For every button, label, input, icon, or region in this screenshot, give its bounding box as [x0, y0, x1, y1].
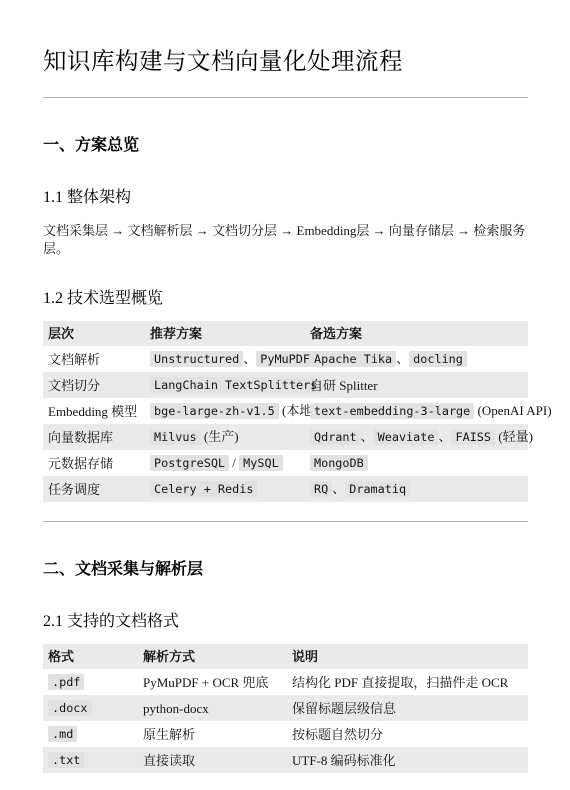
code-span: Dramatiq [345, 481, 410, 497]
table-cell: UTF-8 编码标准化 [287, 747, 528, 773]
table-cell: PostgreSQL / MySQL [145, 450, 305, 476]
column-header: 推荐方案 [145, 321, 305, 346]
table-cell: Milvus (生产) [145, 424, 305, 450]
table-row: 文档解析Unstructured、PyMuPDFApache Tika、docl… [43, 346, 528, 372]
table-cell: MongoDB [305, 450, 528, 476]
code-span: bge-large-zh-v1.5 [150, 403, 279, 419]
table-cell: Celery + Redis [145, 476, 305, 502]
document-title: 知识库构建与文档向量化处理流程 [43, 46, 528, 78]
table-cell: 任务调度 [43, 476, 145, 502]
table-row: 元数据存储PostgreSQL / MySQLMongoDB [43, 450, 528, 476]
table-row: .pdfPyMuPDF + OCR 兜底结构化 PDF 直接提取，扫描件走 OC… [43, 669, 528, 695]
code-span: .docx [48, 700, 92, 716]
code-span: .txt [48, 752, 84, 768]
table-row: 任务调度Celery + RedisRQ、Dramatiq [43, 476, 528, 502]
table-cell: 文档切分 [43, 372, 145, 398]
code-span: MongoDB [310, 455, 368, 471]
table-cell: 保留标题层级信息 [287, 695, 528, 721]
table-row: 文档切分LangChain TextSplitters自研 Splitter [43, 372, 528, 398]
table-cell: text-embedding-3-large (OpenAI API) [305, 398, 528, 424]
table-cell: Unstructured、PyMuPDF [145, 346, 305, 372]
column-header: 备选方案 [305, 321, 528, 346]
table-cell: 直接读取 [138, 747, 287, 773]
section-1-1-heading: 1.1 整体架构 [43, 187, 528, 209]
tech-selection-table: 层次推荐方案备选方案 文档解析Unstructured、PyMuPDFApach… [43, 321, 528, 502]
table-cell: 元数据存储 [43, 450, 145, 476]
code-span: text-embedding-3-large [310, 403, 474, 419]
section-divider [43, 521, 528, 522]
section-2-heading: 二、文档采集与解析层 [43, 559, 528, 581]
code-span: PyMuPDF [256, 351, 314, 367]
code-span: PostgreSQL [150, 455, 229, 471]
table-cell: .docx [43, 695, 138, 721]
table-cell: 结构化 PDF 直接提取，扫描件走 OCR [287, 669, 528, 695]
table-cell: .md [43, 721, 138, 747]
code-span: docling [409, 351, 467, 367]
section-1-2-heading: 1.2 技术选型概览 [43, 288, 528, 310]
code-span: MySQL [239, 455, 283, 471]
column-header: 层次 [43, 321, 145, 346]
table-row: .txt直接读取UTF-8 编码标准化 [43, 747, 528, 773]
code-span: Qdrant [310, 429, 361, 445]
document-formats-table: 格式解析方式说明 .pdfPyMuPDF + OCR 兜底结构化 PDF 直接提… [43, 644, 528, 773]
title-divider [43, 97, 528, 98]
table-cell: Embedding 模型 [43, 398, 145, 424]
code-span: Celery + Redis [150, 481, 257, 497]
table-cell: PyMuPDF + OCR 兜底 [138, 669, 287, 695]
table-cell: .txt [43, 747, 138, 773]
table-row: .docxpython-docx保留标题层级信息 [43, 695, 528, 721]
table-row: .md原生解析按标题自然切分 [43, 721, 528, 747]
column-header: 解析方式 [138, 644, 287, 669]
table-cell: Qdrant、Weaviate、FAISS (轻量) [305, 424, 528, 450]
table-cell: Apache Tika、docling [305, 346, 528, 372]
table-cell: RQ、Dramatiq [305, 476, 528, 502]
code-span: .pdf [48, 674, 84, 690]
table-cell: 文档解析 [43, 346, 145, 372]
table-header-row: 层次推荐方案备选方案 [43, 321, 528, 346]
table-cell: bge-large-zh-v1.5 (本地) [145, 398, 305, 424]
table-row: Embedding 模型bge-large-zh-v1.5 (本地)text-e… [43, 398, 528, 424]
document-page: 知识库构建与文档向量化处理流程 一、方案总览 1.1 整体架构 文档采集层 → … [0, 0, 570, 790]
table-cell: LangChain TextSplitters [145, 372, 305, 398]
column-header: 说明 [287, 644, 528, 669]
section-2-1-heading: 2.1 支持的文档格式 [43, 611, 528, 633]
code-span: Unstructured [150, 351, 243, 367]
table-cell: 按标题自然切分 [287, 721, 528, 747]
architecture-flow-paragraph: 文档采集层 → 文档解析层 → 文档切分层 → Embedding层 → 向量存… [43, 222, 528, 258]
code-span: RQ [310, 481, 332, 497]
table-cell: 原生解析 [138, 721, 287, 747]
table-row: 向量数据库Milvus (生产)Qdrant、Weaviate、FAISS (轻… [43, 424, 528, 450]
code-span: .md [48, 726, 77, 742]
table-cell: .pdf [43, 669, 138, 695]
table-cell: 自研 Splitter [305, 372, 528, 398]
code-span: Weaviate [374, 429, 439, 445]
table-cell: 向量数据库 [43, 424, 145, 450]
table-header-row: 格式解析方式说明 [43, 644, 528, 669]
column-header: 格式 [43, 644, 138, 669]
section-1-heading: 一、方案总览 [43, 135, 528, 157]
code-span: Milvus [150, 429, 201, 445]
table-cell: python-docx [138, 695, 287, 721]
code-span: Apache Tika [310, 351, 396, 367]
code-span: FAISS [451, 429, 495, 445]
code-span: LangChain TextSplitters [150, 377, 321, 393]
